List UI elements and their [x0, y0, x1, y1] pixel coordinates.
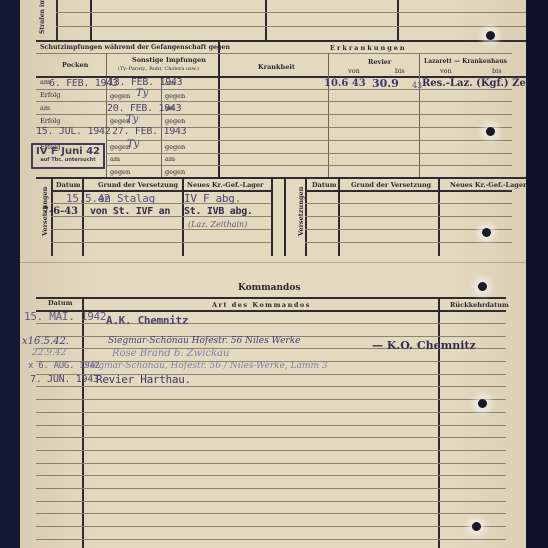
- divider: [284, 178, 286, 256]
- col-lazarett: Lazarett — Krankenhaus: [424, 58, 507, 65]
- rule: [218, 153, 512, 154]
- rule: [218, 114, 512, 115]
- rule: [36, 501, 506, 502]
- revier-year: 43: [412, 81, 422, 90]
- sonstige-date-stamp: 27. FEB. 1943: [112, 126, 186, 137]
- col-lazarett-von: von: [440, 67, 452, 75]
- divider: [419, 53, 420, 178]
- col-art: Art des Kommandos: [212, 301, 311, 309]
- sonstige-date-stamp: 13. FEB. 1943: [108, 77, 182, 88]
- strafen-side-label: Strafen im Kr.-Gef.-Lager: [39, 0, 46, 34]
- punch-hole: [478, 399, 487, 408]
- kommandos-title: Kommandos: [238, 283, 300, 293]
- kommando-text: Siegmar-Schönau, Hofestr. 56 / Niles-Wer…: [84, 361, 328, 371]
- divider: [56, 0, 58, 40]
- sonstige-against: Ty: [127, 139, 139, 150]
- rule: [305, 242, 512, 243]
- pocken-date-stamp: 15. JUL. 1942: [36, 126, 110, 137]
- revier-von-date: 10.6 43: [324, 78, 366, 89]
- label-am: am: [40, 104, 50, 112]
- rule: [56, 26, 526, 27]
- kommando-date: 15. MAI. 1942: [24, 310, 106, 323]
- kommando-text: Siegmar-Schönau Hofestr. 56 Niles Werke: [108, 336, 301, 346]
- rule: [218, 89, 512, 90]
- col-neues: Neues Kr.-Gef.-Lager: [187, 181, 263, 189]
- tbc-stamp-line1: IV F Juni 42: [33, 147, 103, 157]
- label-gegen: gegen: [165, 117, 185, 125]
- rule: [305, 229, 512, 230]
- label-erfolg: Erfolg: [40, 91, 60, 99]
- col-revier-bis: bis: [395, 67, 405, 75]
- divider: [82, 297, 84, 548]
- rule: [36, 53, 218, 54]
- kommando-text: A.K. Chemnitz: [106, 314, 188, 327]
- transfer-reason: von St. IVF an: [90, 206, 170, 217]
- rule: [51, 242, 271, 243]
- label-am: am: [165, 155, 175, 163]
- rule: [36, 89, 218, 90]
- ko-chemnitz-stamp: — K.O. Chemnitz: [372, 339, 476, 352]
- transfer-note: (Laz. Zeithain): [188, 220, 247, 229]
- transfers-side-label: Versetzungen: [297, 187, 305, 236]
- rule: [36, 297, 506, 299]
- lazarett-stamp: Res.-Laz. (Kgf.) Zeithain: [422, 78, 526, 89]
- rule: [36, 513, 506, 514]
- rule: [36, 475, 506, 476]
- sonstige-against: Ty: [136, 88, 148, 99]
- punch-hole: [486, 127, 495, 136]
- rule: [36, 463, 506, 464]
- rule: [305, 190, 512, 192]
- col-datum: Datum: [312, 181, 336, 189]
- rule: [36, 539, 506, 540]
- sonstige-date-stamp: 20. FEB. 1943: [107, 103, 181, 114]
- label-am: am: [110, 155, 120, 163]
- col-lazarett-bis: bis: [492, 67, 502, 75]
- col-revier-von: von: [348, 67, 360, 75]
- punch-hole: [478, 282, 487, 291]
- rule: [36, 526, 506, 527]
- divider: [271, 178, 273, 256]
- rule: [305, 216, 512, 217]
- label-gegen: gegen: [165, 92, 185, 100]
- label-gegen: gegen: [110, 92, 130, 100]
- punch-hole: [472, 522, 481, 531]
- rule: [36, 412, 506, 413]
- tbc-stamp: IV F Juni 42 auf Tbc. untersucht: [31, 143, 105, 169]
- rule: [36, 101, 218, 102]
- divider: [90, 0, 92, 40]
- vaccinations-title: Schutzimpfungen während der Gefangenscha…: [40, 44, 230, 51]
- col-neues: Neues Kr.-Gef.-Lager: [450, 181, 526, 189]
- punch-hole: [486, 31, 495, 40]
- rule: [36, 488, 506, 489]
- label-erfolg: Erfolg: [40, 117, 60, 125]
- rule: [218, 101, 512, 102]
- rule: [36, 386, 506, 387]
- divider: [265, 0, 267, 40]
- divider: [397, 0, 399, 40]
- col-rueckkehr: Rückkehrdatum: [450, 301, 509, 309]
- rule: [36, 425, 506, 426]
- divider: [328, 53, 329, 178]
- col-datum: Datum: [48, 299, 72, 307]
- background-edge: [526, 0, 548, 548]
- pow-record-card: Strafen im Kr.-Gef.-Lager Schutzimpfunge…: [20, 0, 526, 548]
- rule: [106, 140, 218, 141]
- transfer-reason: an Stalag: [98, 192, 155, 205]
- rule: [36, 450, 506, 451]
- kommando-date: x16.5.42.: [22, 336, 69, 347]
- rule: [106, 165, 218, 166]
- punch-hole: [482, 228, 491, 237]
- col-krankheit: Krankheit: [258, 63, 295, 71]
- transfer-date: 7-6-43: [42, 206, 78, 217]
- kommando-text: Rose Brand b. Zwickau: [112, 348, 229, 359]
- rule: [36, 177, 526, 179]
- rule: [36, 40, 526, 42]
- rule: [51, 229, 271, 230]
- divider: [438, 297, 440, 548]
- rule: [218, 127, 512, 128]
- col-sonstige-sub: (Ty.-Paraty., Ruhr, Cholera usw.): [118, 66, 199, 72]
- kommando-date: 7. JUN. 1943: [30, 374, 99, 385]
- col-grund: Grund der Versetzung: [351, 181, 431, 189]
- kommando-date: 22.9.42: [32, 348, 66, 358]
- transfer-camp: St. IVB abg.: [184, 206, 253, 217]
- transfer-camp: IV F abg.: [184, 192, 241, 205]
- revier-bis-date: 30.9: [372, 77, 399, 90]
- col-sonstige: Sonstige Impfungen: [132, 56, 206, 64]
- rule: [305, 203, 512, 204]
- fold-line: [20, 262, 526, 263]
- kommando-text: Revier Harthau.: [96, 373, 191, 386]
- divider: [106, 53, 107, 178]
- col-pocken: Pocken: [62, 61, 88, 69]
- divider: [218, 40, 220, 178]
- sonstige-against: Ty: [126, 114, 138, 125]
- illnesses-title: Erkrankungen: [330, 44, 407, 52]
- rule: [36, 310, 506, 312]
- rule: [106, 153, 218, 154]
- rule: [36, 437, 506, 438]
- rule: [218, 165, 512, 166]
- label-gegen: gegen: [165, 168, 185, 176]
- col-revier: Revier: [368, 58, 391, 66]
- tbc-stamp-line2: auf Tbc. untersucht: [33, 158, 103, 163]
- label-gegen: gegen: [110, 168, 130, 176]
- col-datum: Datum: [56, 181, 80, 189]
- rule: [56, 12, 526, 13]
- rule: [218, 140, 512, 141]
- col-grund: Grund der Versetzung: [98, 181, 178, 189]
- rule: [218, 53, 512, 54]
- rule: [36, 399, 506, 400]
- label-gegen: gegen: [165, 143, 185, 151]
